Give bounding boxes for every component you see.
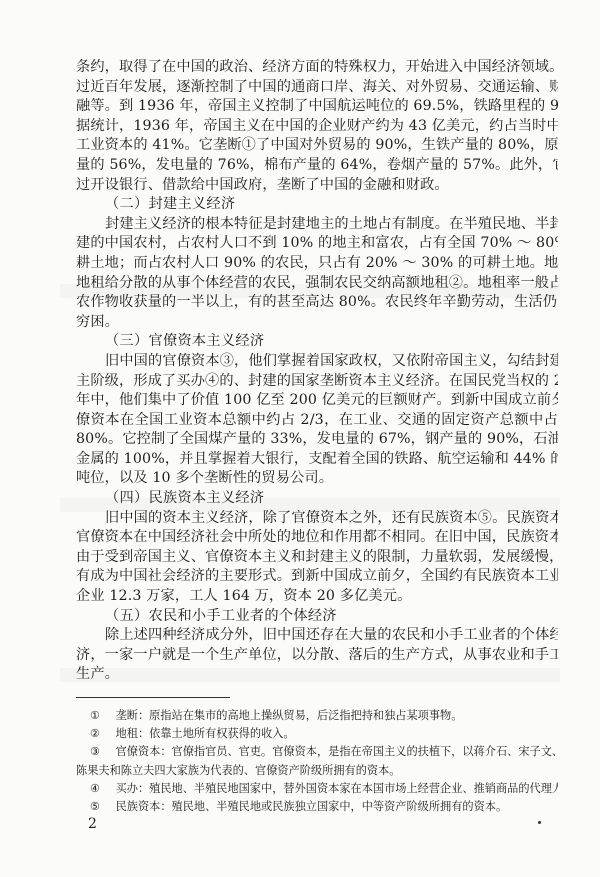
section-heading-national-capitalism: （四）民族资本主义经济	[76, 489, 558, 509]
footnote-5: ⑤ 民族资本：殖民地、半殖民地或民族独立国家中，中等资产阶级所拥有的资本。	[76, 798, 558, 816]
text-line: 农作物收获量的一半以上，有的甚至高达 80%。农民终年辛勤劳动，生活仍然	[76, 293, 558, 313]
page-number: 2	[88, 816, 97, 832]
footnote-marker: ⑤	[76, 798, 112, 816]
text-line: 封建主义经济的根本特征是封建地主的土地占有制度。在半殖民地、半封	[76, 215, 558, 235]
footnote-text: 地租：依靠土地所有权获得的收入。	[116, 727, 295, 740]
text-line: 旧中国的资本主义经济，除了官僚资本之外，还有民族资本⑤。民族资本和	[76, 509, 558, 529]
footnote-3-continuation: 陈果夫和陈立夫四大家族为代表的、官僚资产阶级所拥有的资本。	[76, 762, 558, 780]
text-line: 耕土地；而占农村人口 90% 的农民，只占有 20% ～ 30% 的可耕土地。地…	[76, 254, 558, 274]
text-line: 济，一家一户就是一个生产单位，以分散、落后的生产方式，从事农业和手工业	[76, 646, 558, 666]
paragraph-national-capitalism: 旧中国的资本主义经济，除了官僚资本之外，还有民族资本⑤。民族资本和 官僚资本在中…	[76, 509, 558, 607]
print-speck	[538, 821, 541, 824]
section-heading-bureaucratic-capitalism: （三）官僚资本主义经济	[76, 332, 558, 352]
text-line: 由于受到帝国主义、官僚资本主义和封建主义的限制，力量软弱，发展缓慢，没	[76, 548, 558, 568]
text-line: 条约，取得了在中国的政治、经济方面的特殊权力，开始进入中国经济领域。经	[76, 58, 558, 78]
footnote-text: 官僚资本：官僚指官员、官吏。官僚资本，是指在帝国主义的扶植下，以蒋介石、宋子文、…	[116, 745, 558, 758]
section-heading-individual-economy: （五）农民和小手工业者的个体经济	[76, 607, 558, 627]
footnote-text: 垄断：原指站在集市的高地上操纵贸易，后泛指把持和独占某项事物。	[116, 709, 463, 722]
text-line: 官僚资本在中国经济社会中所处的地位和作用都不相同。在旧中国，民族资本	[76, 528, 558, 548]
footnote-marker: ①	[76, 707, 112, 725]
text-line: 企业 12.3 万家，工人 164 万，资本 20 多亿美元。	[76, 587, 558, 607]
footnote-marker: ②	[76, 725, 112, 743]
text-line: 过近百年发展，逐渐控制了中国的通商口岸、海关、对外贸易、交通运输、财政金	[76, 78, 558, 98]
text-line: 工业资本的 41%。它垄断①了中国对外贸易的 90%，生铁产量的 80%，原煤产	[76, 136, 558, 156]
text-line: 僚资本在全国工业资本总额中约占 2/3，在工业、交通的固定资产总额中占	[76, 411, 558, 431]
footnote-text: 买办：殖民地、半殖民地国家中，替外国资本家在本国市场上经营企业、推销商品的代理人…	[116, 782, 558, 795]
text-line: 量的 56%，发电量的 76%，棉布产量的 64%，卷烟产量的 57%。此外，它…	[76, 156, 558, 176]
text-line: 金属的 100%，并且掌握着大银行，支配着全国的铁路、航空运输和 44% 的轮船	[76, 450, 558, 470]
text-line: 生产。	[76, 665, 558, 685]
footnote-divider	[76, 697, 230, 698]
text-line: 吨位，以及 10 多个垄断性的贸易公司。	[76, 469, 558, 489]
footnote-2: ② 地租：依靠土地所有权获得的收入。	[76, 725, 558, 743]
footnote-3: ③ 官僚资本：官僚指官员、官吏。官僚资本，是指在帝国主义的扶植下，以蒋介石、宋子…	[76, 743, 558, 761]
text-line: 80%。它控制了全国煤产量的 33%，发电量的 67%，钢产量的 90%，石油和…	[76, 430, 558, 450]
footnote-1: ① 垄断：原指站在集市的高地上操纵贸易，后泛指把持和独占某项事物。	[76, 707, 558, 725]
text-line: 融等。到 1936 年，帝国主义控制了中国航运吨位的 69.5%，铁路里程的 9…	[76, 97, 558, 117]
paragraph-imperialism-continued: 条约，取得了在中国的政治、经济方面的特殊权力，开始进入中国经济领域。经 过近百年…	[76, 58, 558, 195]
footnote-4: ④ 买办：殖民地、半殖民地国家中，替外国资本家在本国市场上经营企业、推销商品的代…	[76, 780, 558, 798]
paragraph-bureaucratic-capitalism: 旧中国的官僚资本③，他们掌握着国家政权，又依附帝国主义，勾结封建地 主阶级，形成…	[76, 352, 558, 489]
footnote-marker: ③	[76, 743, 112, 761]
footnote-marker: ④	[76, 780, 112, 798]
main-text: 条约，取得了在中国的政治、经济方面的特殊权力，开始进入中国经济领域。经 过近百年…	[76, 58, 558, 685]
paragraph-feudal-economy: 封建主义经济的根本特征是封建地主的土地占有制度。在半殖民地、半封 建的中国农村，…	[76, 215, 558, 333]
text-line: 穷困。	[76, 313, 558, 333]
text-line: 有成为中国社会经济的主要形式。到新中国成立前夕，全国约有民族资本工业	[76, 567, 558, 587]
text-line: 据统计，1936 年，帝国主义在中国的企业财产约为 43 亿美元，约占当时中国整…	[76, 117, 558, 137]
book-page: 条约，取得了在中国的政治、经济方面的特殊权力，开始进入中国经济领域。经 过近百年…	[0, 0, 600, 877]
text-line: 年中，他们集中了价值 100 亿至 200 亿美元的巨额财产。到新中国成立前夕，…	[76, 391, 558, 411]
paragraph-individual-economy: 除上述四种经济成分外，旧中国还存在大量的农民和小手工业者的个体经 济，一家一户就…	[76, 626, 558, 685]
text-line: 旧中国的官僚资本③，他们掌握着国家政权，又依附帝国主义，勾结封建地	[76, 352, 558, 372]
footnote-text: 民族资本：殖民地、半殖民地或民族独立国家中，中等资产阶级所拥有的资本。	[116, 800, 508, 813]
section-heading-feudal-economy: （二）封建主义经济	[76, 195, 558, 215]
text-line: 建的中国农村，占农村人口不到 10% 的地主和富农，占有全国 70% ～ 80%…	[76, 234, 558, 254]
text-line: 除上述四种经济成分外，旧中国还存在大量的农民和小手工业者的个体经	[76, 626, 558, 646]
text-line: 过开设银行、借款给中国政府，垄断了中国的金融和财政。	[76, 176, 558, 196]
text-line: 主阶级，形成了买办④的、封建的国家垄断资本主义经济。在国民党当权的 22	[76, 372, 558, 392]
footnotes: ① 垄断：原指站在集市的高地上操纵贸易，后泛指把持和独占某项事物。 ② 地租：依…	[76, 707, 558, 816]
text-line: 地租给分散的从事个体经营的农民，强制农民交纳高额地租②。地租率一般占	[76, 274, 558, 294]
